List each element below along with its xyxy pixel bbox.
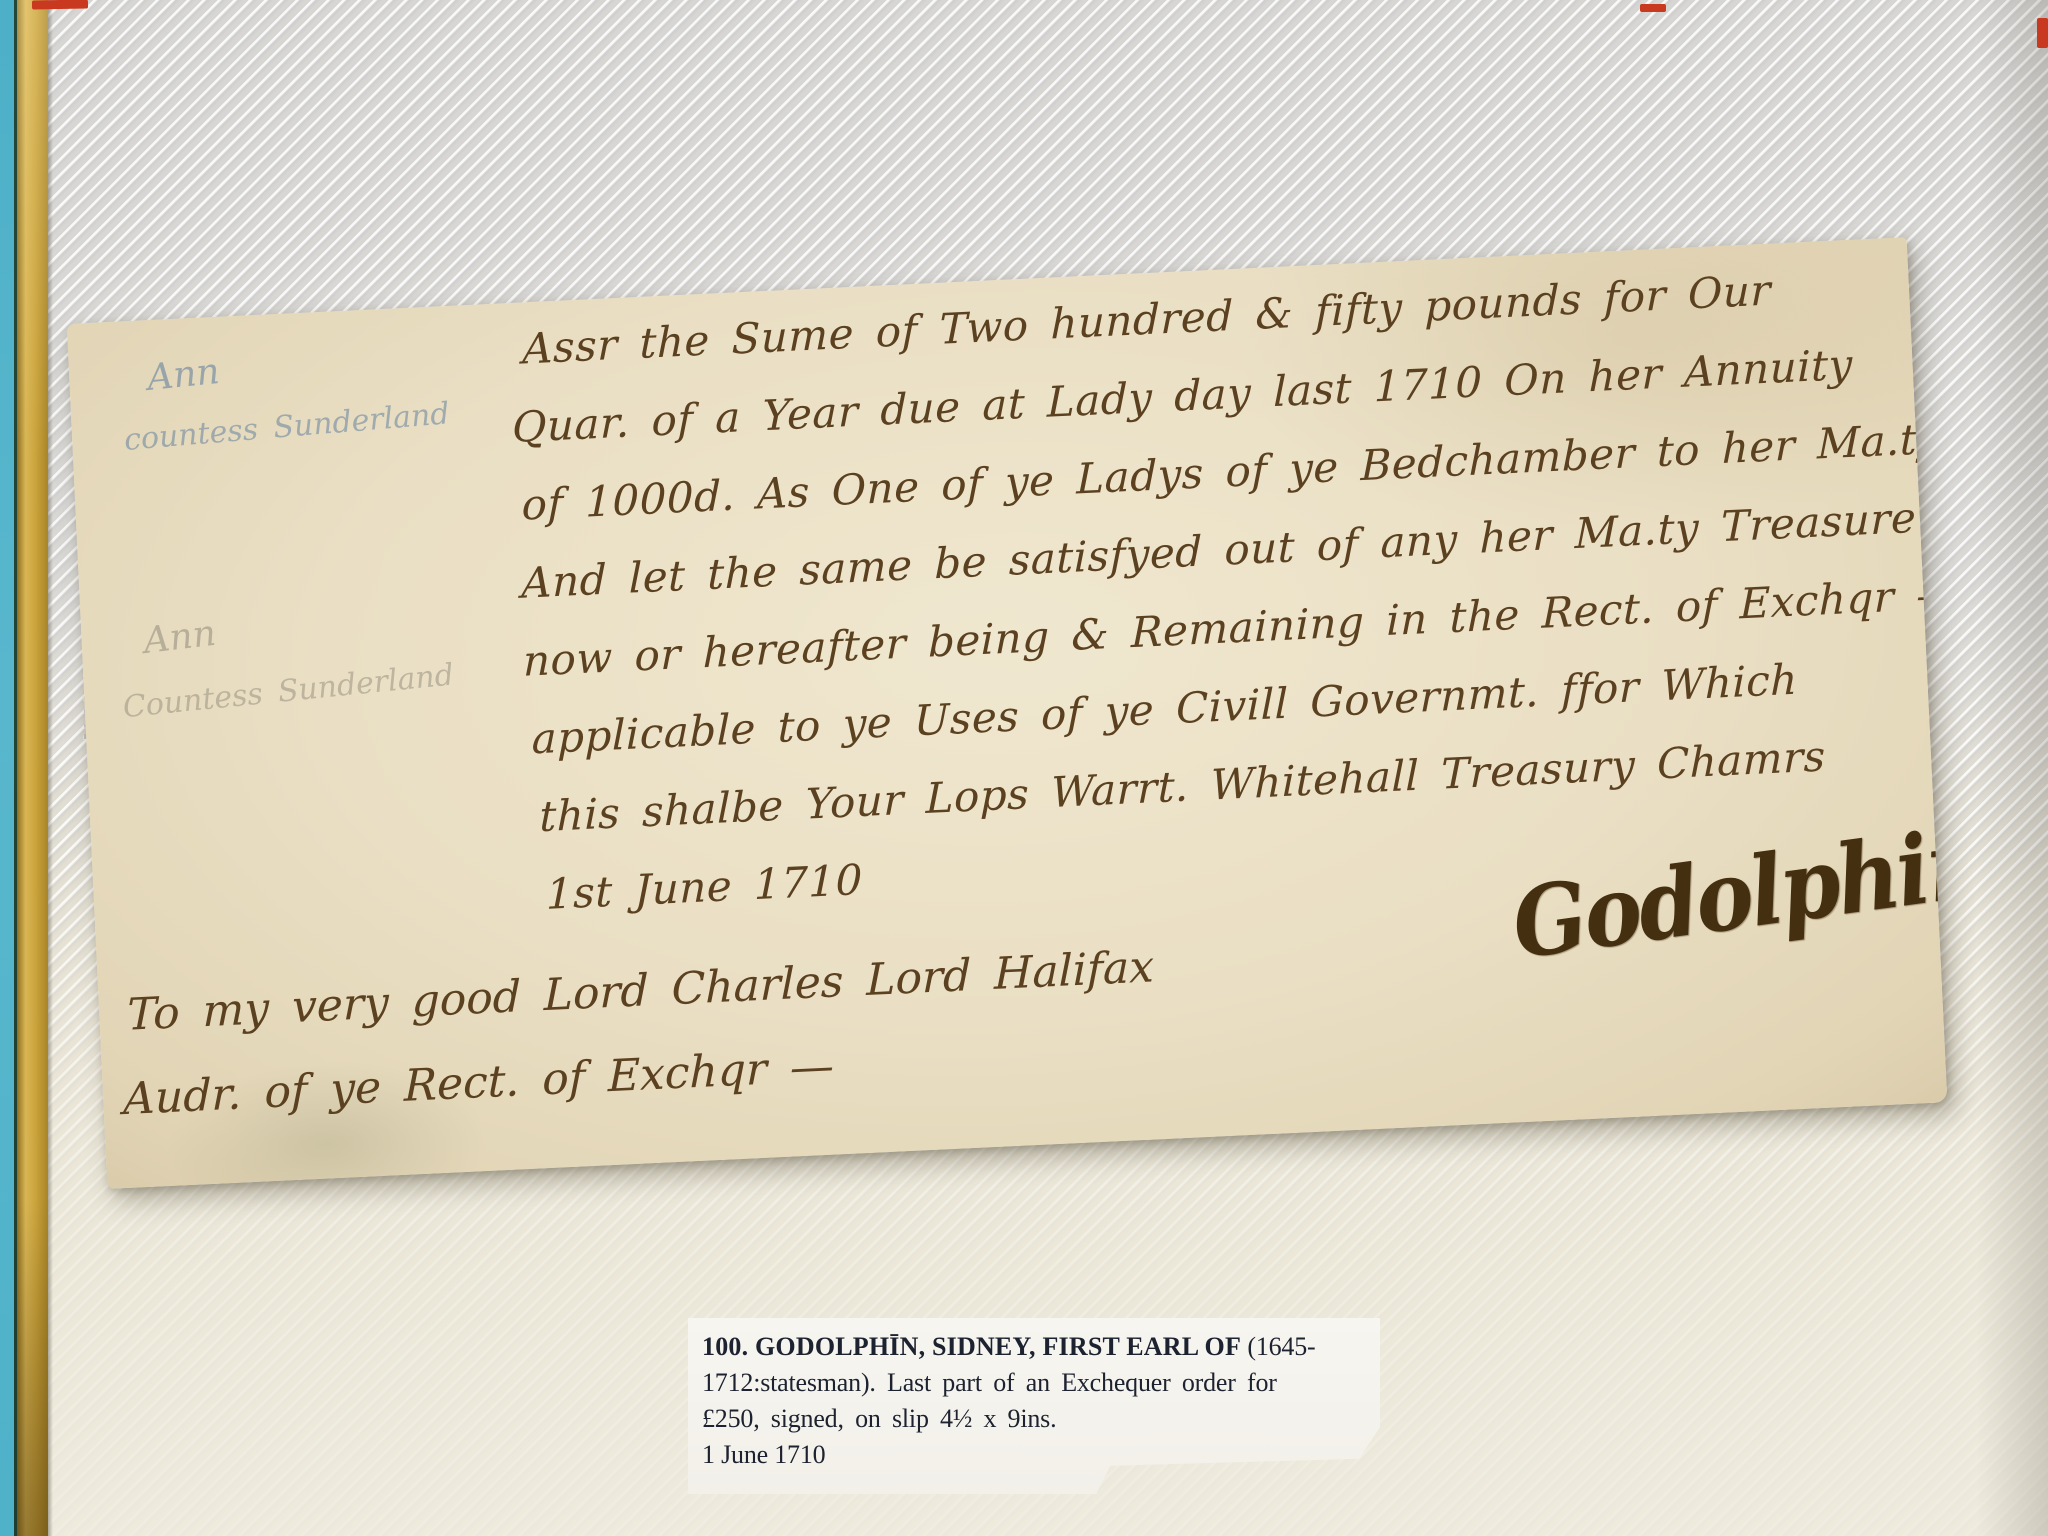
label-line-1: 100. GODOLPHĪN, SIDNEY, FIRST EARL OF (1… — [702, 1329, 1366, 1365]
red-mark-top-right — [1640, 4, 1666, 12]
binding-teal-edge — [0, 0, 14, 1536]
address-line: Audr. of ye Rect. of Exchqr — — [123, 1041, 834, 1126]
photo-frame: PY JAPAN Ann countess Sunderland Ann Cou… — [0, 0, 2048, 1536]
address-line: To my very good Lord Charles Lord Halifa… — [127, 941, 1154, 1040]
label-line-3: £250, signed, on slip 4½ x 9ins. — [702, 1401, 1366, 1437]
binding-gold-edge — [17, 0, 48, 1536]
annotation-pencil-name: Ann — [141, 613, 218, 662]
annotation-pencil-title: Countess Sunderland — [121, 657, 455, 725]
label-entry-dates: (1645- — [1241, 1332, 1315, 1361]
annotation-blue-name: Ann — [145, 351, 221, 399]
red-mark-top-left — [32, 0, 88, 9]
manuscript-document: Ann countess Sunderland Ann Countess Sun… — [67, 237, 1948, 1189]
manuscript-body: Assr the Sume of Two hundred & fifty pou… — [507, 245, 1935, 934]
red-mark-right-edge — [2037, 18, 2048, 48]
label-entry-heading: 100. GODOLPHĪN, SIDNEY, FIRST EARL OF — [702, 1332, 1241, 1361]
label-line-2: 1712:statesman). Last part of an Exchequ… — [702, 1365, 1366, 1401]
binding-outer-seam — [48, 0, 53, 1536]
annotation-blue-title: countess Sunderland — [123, 396, 451, 458]
